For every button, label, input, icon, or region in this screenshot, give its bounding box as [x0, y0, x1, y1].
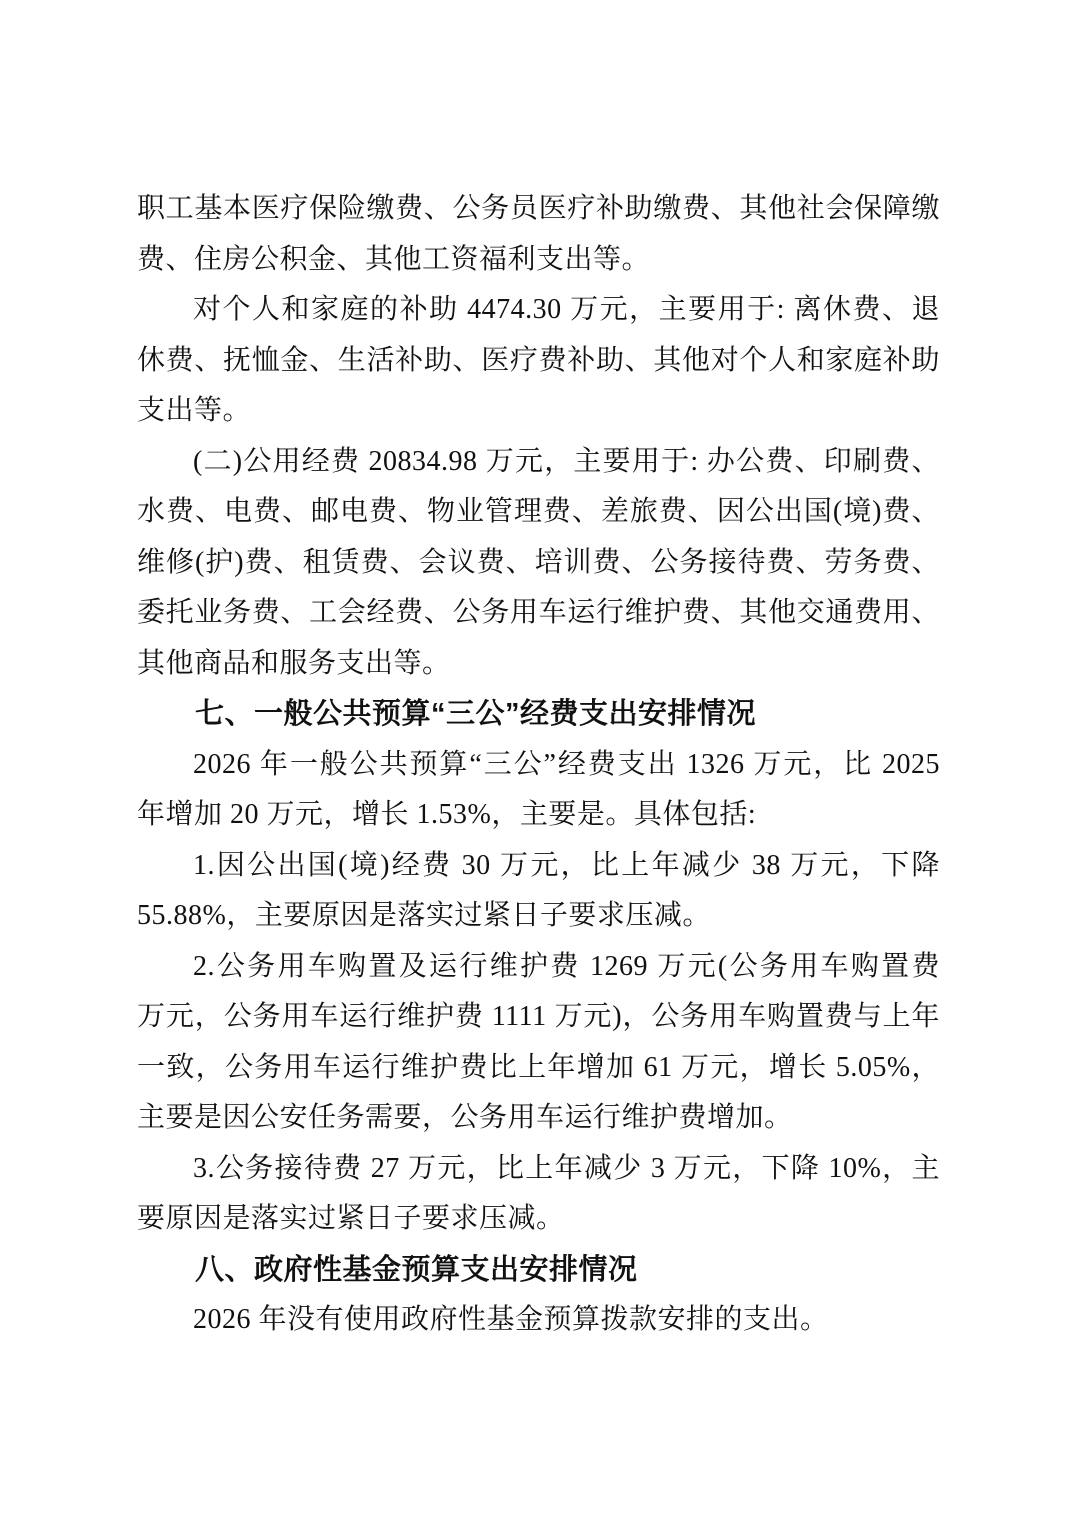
text-line: 水费、电费、邮电费、物业管理费、差旅费、因公出国(境)费、	[137, 487, 940, 538]
text-line: 委托业务费、工会经费、公务用车运行维护费、其他交通费用、	[137, 588, 940, 639]
text-line: 职工基本医疗保险缴费、公务员医疗补助缴费、其他社会保障缴	[137, 184, 940, 235]
text-line: 2026 年没有使用政府性基金预算拨款安排的支出。	[137, 1295, 940, 1346]
paragraph-sangong-overview: 2026 年一般公共预算“三公”经费支出 1326 万元，比 2025 年增加 …	[137, 740, 940, 841]
text-line: 对个人和家庭的补助 4474.30 万元，主要用于: 离休费、退	[137, 285, 940, 336]
section-heading-seven-sangong: 七、一般公共预算“三公”经费支出安排情况	[137, 689, 940, 740]
text-line: 一致，公务用车运行维护费比上年增加 61 万元，增长 5.05%，	[137, 1043, 940, 1094]
text-line: 主要是因公安任务需要，公务用车运行维护费增加。	[137, 1093, 940, 1144]
paragraph-item-1-overseas-trips: 1.因公出国(境)经费 30 万元，比上年减少 38 万元，下降 55.88%，…	[137, 841, 940, 942]
text-line: 年增加 20 万元，增长 1.53%，主要是。具体包括:	[137, 790, 940, 841]
text-line: 要原因是落实过紧日子要求压减。	[137, 1194, 940, 1245]
paragraph-item-3-official-reception: 3.公务接待费 27 万元，比上年减少 3 万元，下降 10%，主 要原因是落实…	[137, 1144, 940, 1245]
text-line: 1.因公出国(境)经费 30 万元，比上年减少 38 万元，下降	[137, 841, 940, 892]
section-heading-text: 七、一般公共预算“三公”经费支出安排情况	[137, 689, 940, 740]
paragraph-welfare-continuation: 职工基本医疗保险缴费、公务员医疗补助缴费、其他社会保障缴 费、住房公积金、其他工…	[137, 184, 940, 285]
text-line: 维修(护)费、租赁费、会议费、培训费、公务接待费、劳务费、	[137, 538, 940, 589]
paragraph-item-2-official-vehicles: 2.公务用车购置及运行维护费 1269 万元(公务用车购置费 158 万元，公务…	[137, 942, 940, 1144]
text-line: 费、住房公积金、其他工资福利支出等。	[137, 235, 940, 286]
text-line: 2.公务用车购置及运行维护费 1269 万元(公务用车购置费 158	[137, 942, 940, 993]
document-page: 职工基本医疗保险缴费、公务员医疗补助缴费、其他社会保障缴 费、住房公积金、其他工…	[0, 0, 1074, 1520]
text-line: 55.88%，主要原因是落实过紧日子要求压减。	[137, 891, 940, 942]
page-body: 职工基本医疗保险缴费、公务员医疗补助缴费、其他社会保障缴 费、住房公积金、其他工…	[137, 184, 940, 1346]
section-heading-eight-gov-fund: 八、政府性基金预算支出安排情况	[137, 1245, 940, 1296]
text-line: (二)公用经费 20834.98 万元，主要用于: 办公费、印刷费、	[137, 437, 940, 488]
paragraph-public-expenses: (二)公用经费 20834.98 万元，主要用于: 办公费、印刷费、 水费、电费…	[137, 437, 940, 690]
text-line: 支出等。	[137, 386, 940, 437]
text-line: 3.公务接待费 27 万元，比上年减少 3 万元，下降 10%，主	[137, 1144, 940, 1195]
text-line: 其他商品和服务支出等。	[137, 639, 940, 690]
text-line: 万元，公务用车运行维护费 1111 万元)，公务用车购置费与上年	[137, 992, 940, 1043]
paragraph-individual-family-subsidy: 对个人和家庭的补助 4474.30 万元，主要用于: 离休费、退 休费、抚恤金、…	[137, 285, 940, 437]
text-line: 休费、抚恤金、生活补助、医疗费补助、其他对个人和家庭补助	[137, 336, 940, 387]
section-heading-text: 八、政府性基金预算支出安排情况	[137, 1245, 940, 1296]
text-line: 2026 年一般公共预算“三公”经费支出 1326 万元，比 2025	[137, 740, 940, 791]
paragraph-gov-fund-budget: 2026 年没有使用政府性基金预算拨款安排的支出。	[137, 1295, 940, 1346]
